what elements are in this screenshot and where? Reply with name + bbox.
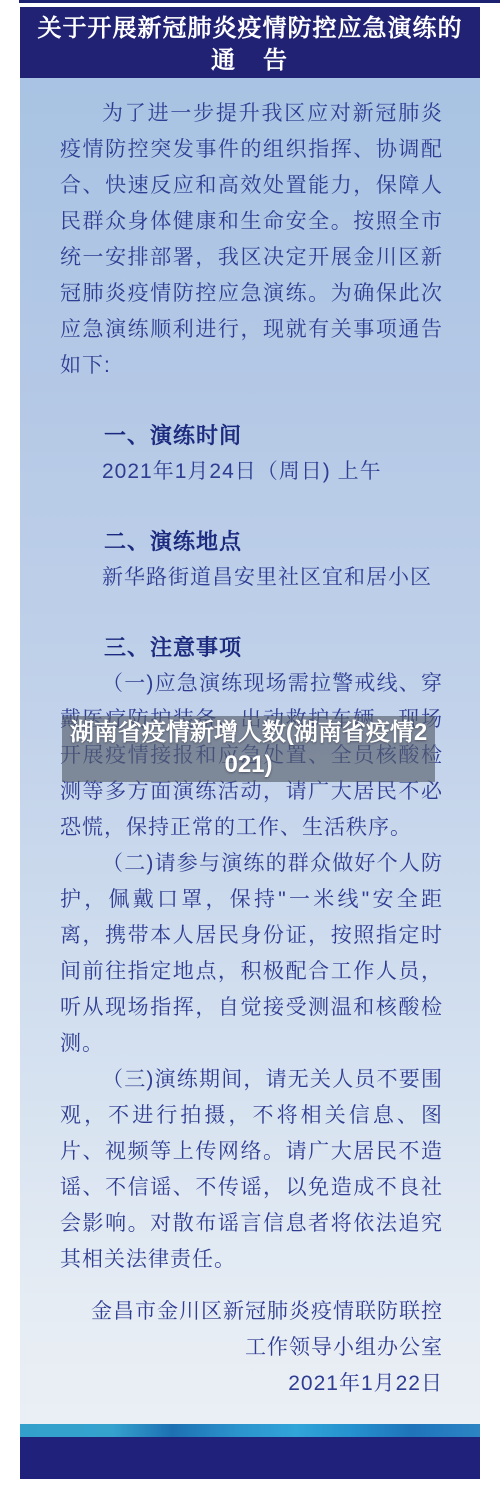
signature-org-line2: 工作领导小组办公室 [60,1330,443,1366]
notice-header: 关于开展新冠肺炎疫情防控应急演练的 通 告 [20,7,480,78]
top-divider-line [19,0,500,3]
bottom-navy-bar [20,1437,480,1479]
gradient-stripe [20,1424,480,1437]
section-3-note-3: （三)演练期间，请无关人员不要围观，不进行拍摄，不将相关信息、图片、视频等上传网… [60,1062,443,1278]
section-2-content: 新华路街道昌安里社区宜和居小区 [60,560,443,596]
intro-paragraph: 为了进一步提升我区应对新冠肺炎疫情防控突发事件的组织指挥、协调配合、快速反应和高… [60,96,443,384]
signature-date: 2021年1月22日 [60,1366,443,1402]
section-1-heading: 一、演练时间 [60,418,443,454]
signature-org-line1: 金昌市金川区新冠肺炎疫情联防联控 [60,1294,443,1330]
section-3-note-2: （二)请参与演练的群众做好个人防护，佩戴口罩，保持"一米线"安全距离，携带本人居… [60,846,443,1062]
notice-title-line2: 通 告 [24,45,476,77]
section-2-heading: 二、演练地点 [60,524,443,560]
section-1-content: 2021年1月24日（周日) 上午 [60,454,443,490]
notice-title-line1: 关于开展新冠肺炎疫情防控应急演练的 [24,13,476,45]
section-3-heading: 三、注意事项 [60,630,443,666]
notice-page: 关于开展新冠肺炎疫情防控应急演练的 通 告 为了进一步提升我区应对新冠肺炎疫情防… [0,0,500,1498]
watermark-title-overlay: 湖南省疫情新增人数(湖南省疫情2021) [62,716,435,782]
signature-block: 金昌市金川区新冠肺炎疫情联防联控 工作领导小组办公室 2021年1月22日 [60,1294,443,1402]
